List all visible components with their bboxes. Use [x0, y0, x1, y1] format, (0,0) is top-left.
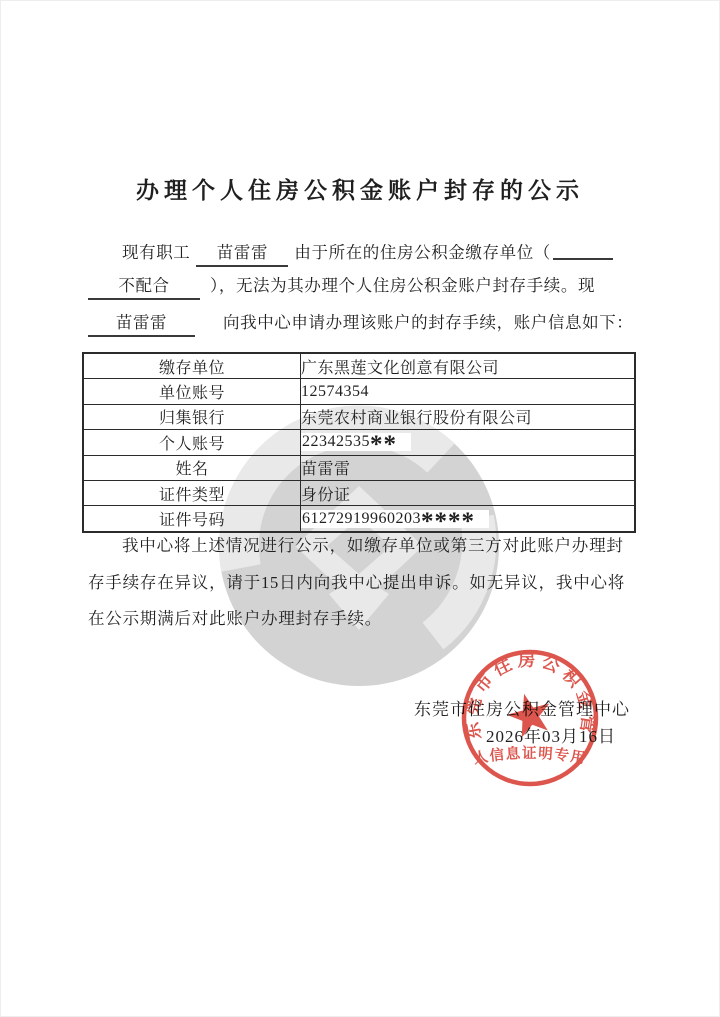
account-number: 22342535 [302, 433, 370, 450]
table-row: 证件类型 身份证 [83, 480, 635, 505]
cell-value: 61272919960203**** [301, 506, 636, 532]
account-info-table: 缴存单位 广东黑莲文化创意有限公司 单位账号 12574354 归集银行 东莞农… [82, 352, 636, 533]
employee-name-underlined: 苗雷雷 [196, 241, 288, 267]
intro-line2-text: ），无法为其办理个人住房公积金账户封存手续。现 [210, 276, 595, 295]
closing-line-2: 存手续存在异议，请于15日内向我中心提出申诉。如无异议，我中心将 [88, 570, 640, 597]
page-title: 办理个人住房公积金账户封存的公示 [0, 172, 720, 205]
table-row: 归集银行 东莞农村商业银行股份有限公司 [83, 404, 635, 429]
cell-label: 姓名 [83, 455, 301, 480]
cell-label: 证件类型 [83, 480, 301, 505]
cell-label: 缴存单位 [83, 353, 301, 379]
masked-value-patch: 61272919960203**** [301, 510, 489, 528]
table-row: 证件号码 61272919960203**** [83, 506, 635, 532]
intro-after-name: 由于所在的住房公积金缴存单位（ [294, 243, 551, 262]
closing-line-3: 在公示期满后对此账户办理封存手续。 [88, 606, 640, 633]
cell-label: 个人账号 [83, 430, 301, 455]
reason-underlined: 不配合 [88, 274, 200, 300]
employee-name-underlined-2: 苗雷雷 [88, 311, 195, 337]
intro-line-2: 不配合），无法为其办理个人住房公积金账户封存手续。现 [88, 273, 640, 300]
masked-value-patch: 22342535** [301, 433, 411, 451]
cell-value: 身份证 [301, 480, 636, 505]
intro-line3-text: 向我中心申请办理该账户的封存手续，账户信息如下： [223, 313, 633, 332]
cell-value: 苗雷雷 [301, 455, 636, 480]
cell-label: 单位账号 [83, 379, 301, 404]
cell-value: 东莞农村商业银行股份有限公司 [301, 404, 636, 429]
screenshot-root: { "document": { "title": "办理个人住房公积金账户封存的… [0, 0, 720, 1017]
blank-underline [553, 236, 613, 260]
table-row: 单位账号 12574354 [83, 379, 635, 404]
cell-value: 12574354 [301, 379, 636, 404]
seal-star-icon [503, 688, 556, 740]
mask-asterisks: **** [421, 517, 475, 527]
intro-line-3: 苗雷雷向我中心申请办理该账户的封存手续，账户信息如下： [88, 310, 640, 337]
official-seal: 东莞市住房公积金管理中心 个人信息证明专用章 [448, 638, 612, 802]
cell-value: 广东黑莲文化创意有限公司 [301, 353, 636, 379]
cell-label: 证件号码 [83, 506, 301, 532]
closing-line-1: 我中心将上述情况进行公示，如缴存单位或第三方对此账户办理封 [88, 533, 674, 560]
intro-prefix: 现有职工 [122, 243, 190, 262]
mask-asterisks: ** [370, 440, 397, 450]
table-row: 姓名 苗雷雷 [83, 455, 635, 480]
table-row: 个人账号 22342535** [83, 430, 635, 455]
table-row: 缴存单位 广东黑莲文化创意有限公司 [83, 353, 635, 379]
intro-line-1: 现有职工苗雷雷由于所在的住房公积金缴存单位（ [88, 236, 674, 263]
document-page: 办理个人住房公积金账户封存的公示 现有职工苗雷雷由于所在的住房公积金缴存单位（ … [0, 0, 720, 1017]
id-number: 61272919960203 [302, 510, 421, 527]
cell-value: 22342535** [301, 430, 636, 455]
cell-label: 归集银行 [83, 404, 301, 429]
